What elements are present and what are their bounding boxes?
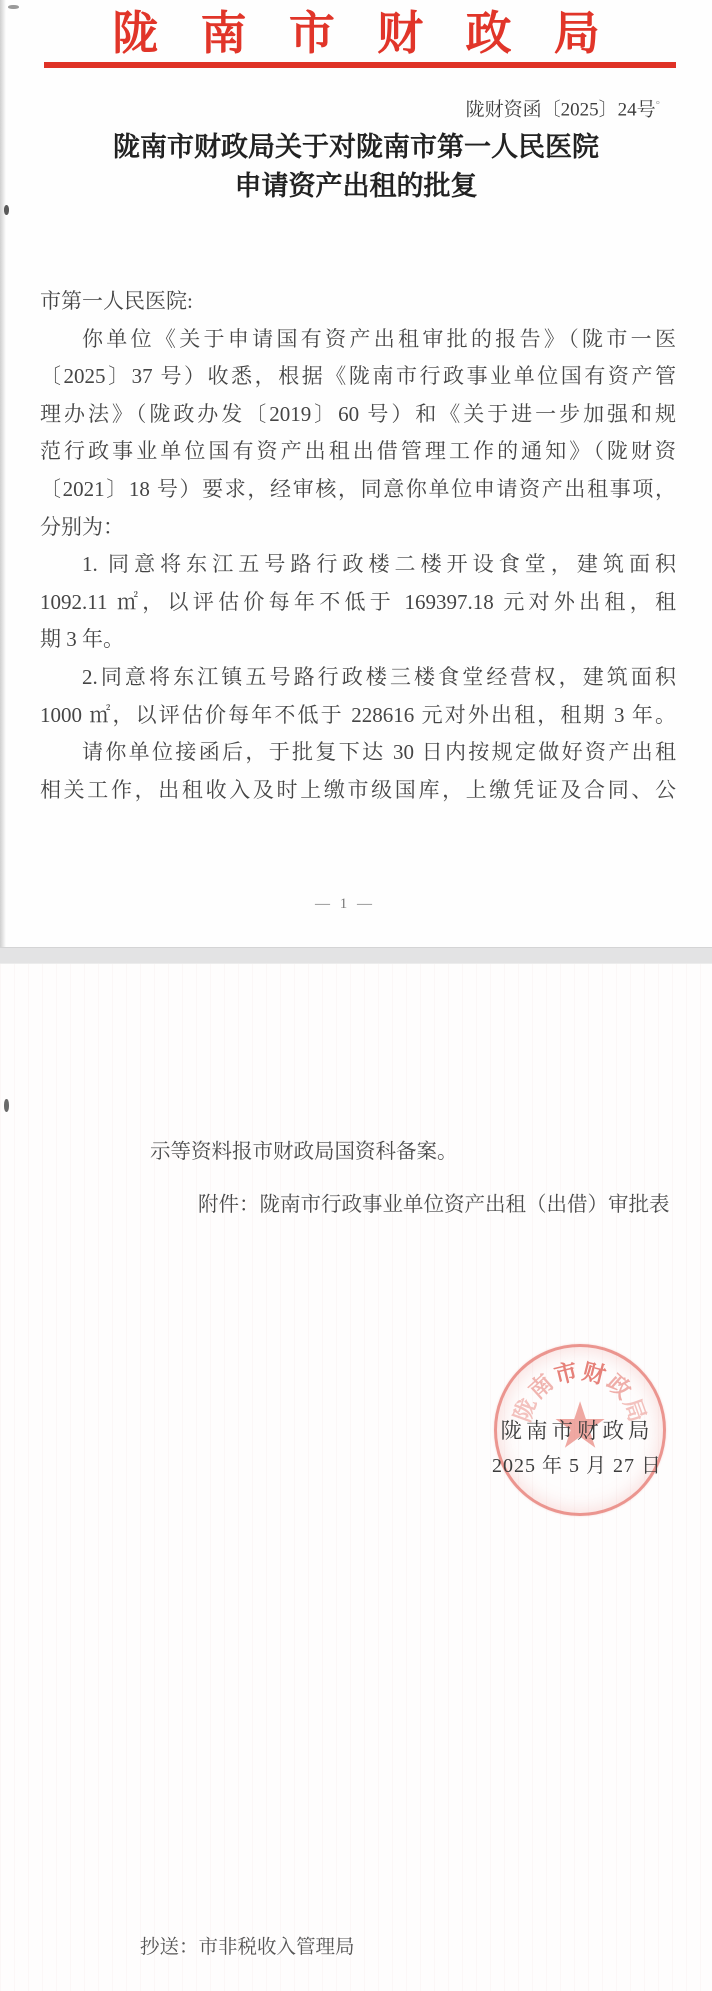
signature-agency: 陇南市财政局 bbox=[470, 1416, 684, 1446]
scanned-page-1: 陇南市财政局 陇财资函〔2025〕24号° 陇南市财政局关于对陇南市第一人民医院… bbox=[0, 0, 712, 947]
body-line: 理办法》（陇政办发〔2019〕60 号）和《关于进一步加强和规 bbox=[40, 396, 676, 434]
scan-edge-shadow bbox=[0, 0, 6, 947]
signature-date: 2025 年 5 月 27 日 bbox=[470, 1452, 684, 1480]
document-title-line2: 申请资产出租的批复 bbox=[36, 167, 676, 206]
scan-artifact-mark: ° bbox=[656, 99, 660, 111]
body-line: 期 3 年。 bbox=[40, 621, 676, 659]
body-line: 请你单位接函后，于批复下达 30 日内按规定做好资产出租 bbox=[40, 734, 676, 772]
page-number: — 1 — bbox=[0, 894, 690, 914]
cc-recipients-line: 抄送：市非税收入管理局 bbox=[140, 1933, 355, 1963]
scan-artifact bbox=[4, 205, 9, 215]
agency-letterhead: 陇南市财政局 bbox=[0, 6, 712, 62]
document-title-line1: 陇南市财政局关于对陇南市第一人民医院 bbox=[36, 128, 676, 167]
body-continuation-line: 示等资料报市财政局国资科备案。 bbox=[150, 1136, 458, 1168]
body-line: 1000 ㎡，以评估价每年不低于 228616 元对外出租，租期 3 年。 bbox=[40, 697, 676, 735]
body-line: 范行政事业单位国有资产出租出借管理工作的通知》（陇财资 bbox=[40, 433, 676, 471]
body-line: 2.同意将东江镇五号路行政楼三楼食堂经营权，建筑面积 bbox=[40, 659, 676, 697]
salutation: 市第一人民医院: bbox=[40, 283, 676, 321]
document-number-text: 陇财资函〔2025〕24号 bbox=[466, 99, 656, 120]
document-body: 市第一人民医院: 你单位《关于申请国有资产出租审批的报告》（陇市一医 〔2025… bbox=[40, 283, 676, 809]
page-separator bbox=[0, 947, 712, 964]
body-line: 分别为： bbox=[40, 509, 676, 547]
body-line: 1. 同意将东江五号路行政楼二楼开设食堂，建筑面积 bbox=[40, 546, 676, 584]
body-line: 〔2025〕37 号）收悉，根据《陇南市行政事业单位国有资产管 bbox=[40, 358, 676, 396]
letterhead-divider-rule bbox=[44, 62, 676, 68]
body-line: 〔2021〕18 号）要求，经审核，同意你单位申请资产出租事项， bbox=[40, 471, 676, 509]
body-line: 1092.11 ㎡，以评估价每年不低于 169397.18 元对外出租，租 bbox=[40, 584, 676, 622]
body-line: 相关工作，出租收入及时上缴市级国库，上缴凭证及合同、公 bbox=[40, 772, 676, 810]
document-title: 陇南市财政局关于对陇南市第一人民医院 申请资产出租的批复 bbox=[36, 128, 676, 206]
scan-artifact bbox=[4, 1099, 9, 1112]
attachment-line: 附件：陇南市行政事业单位资产出租（出借）审批表 bbox=[198, 1189, 670, 1221]
body-line: 你单位《关于申请国有资产出租审批的报告》（陇市一医 bbox=[40, 321, 676, 359]
document-number: 陇财资函〔2025〕24号° bbox=[0, 92, 660, 123]
scan-artifact bbox=[8, 5, 19, 9]
